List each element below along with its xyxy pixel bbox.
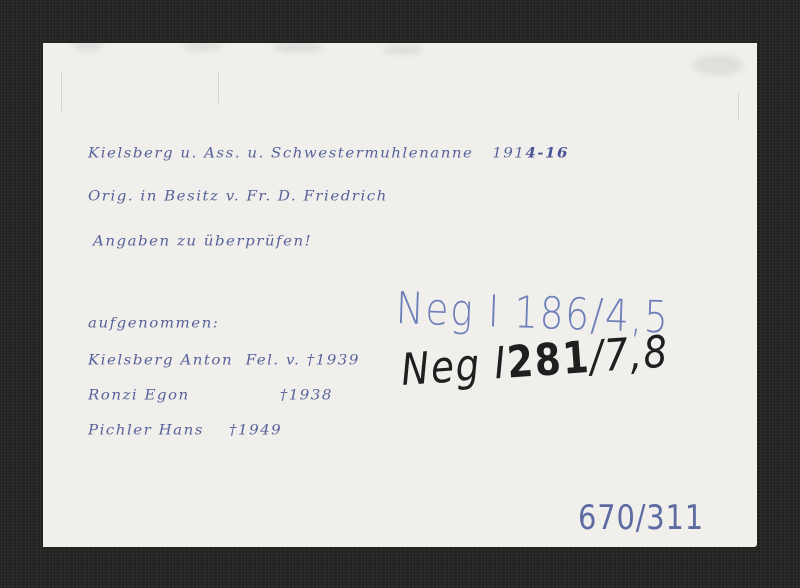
neg-prefix: Neg I — [399, 338, 508, 396]
person-name: Pichler Hans — [88, 422, 204, 438]
recorded-heading: aufgenommen: — [88, 315, 219, 331]
note-line-1: Kielsberg u. Ass. u. Schwestermuhlenanne… — [88, 145, 569, 161]
smudge-mark — [183, 43, 223, 51]
note-year-overwrite: 4-16 — [525, 145, 569, 161]
note-line-3: Angaben zu überprüfen! — [93, 233, 312, 249]
recorded-person-1: Kielsberg Anton Fel. v. †1939 — [88, 352, 360, 368]
note-line-2: Orig. in Besitz v. Fr. D. Friedrich — [88, 188, 388, 204]
smudge-mark — [73, 43, 103, 51]
person-name: Kielsberg Anton — [88, 352, 233, 368]
person-note: †1938 — [280, 387, 333, 403]
neg-number-overwrite: 281 — [505, 332, 592, 389]
recorded-person-3: Pichler Hans †1949 — [88, 422, 282, 438]
faint-guide-line — [218, 71, 219, 103]
note-line-1-text: Kielsberg u. Ass. u. Schwestermuhlenanne — [88, 145, 473, 161]
smudge-mark — [383, 45, 423, 55]
photo-card-back: Kielsberg u. Ass. u. Schwestermuhlenanne… — [43, 43, 757, 547]
person-note: Fel. v. †1939 — [246, 352, 360, 368]
note-year-base: 191 — [492, 145, 525, 161]
neg-suffix: /7,8 — [588, 326, 670, 382]
negative-number-black: Neg I281/7,8 — [399, 326, 670, 396]
smudge-mark — [273, 43, 323, 53]
recorded-person-2: Ronzi Egon†1938 — [88, 387, 333, 403]
person-name: Ronzi Egon — [88, 387, 190, 403]
person-note: †1949 — [229, 422, 282, 438]
smudge-mark — [693, 55, 743, 75]
archive-number: 670/311 — [578, 498, 704, 538]
faint-guide-line — [738, 93, 739, 121]
faint-guide-line — [61, 71, 62, 111]
